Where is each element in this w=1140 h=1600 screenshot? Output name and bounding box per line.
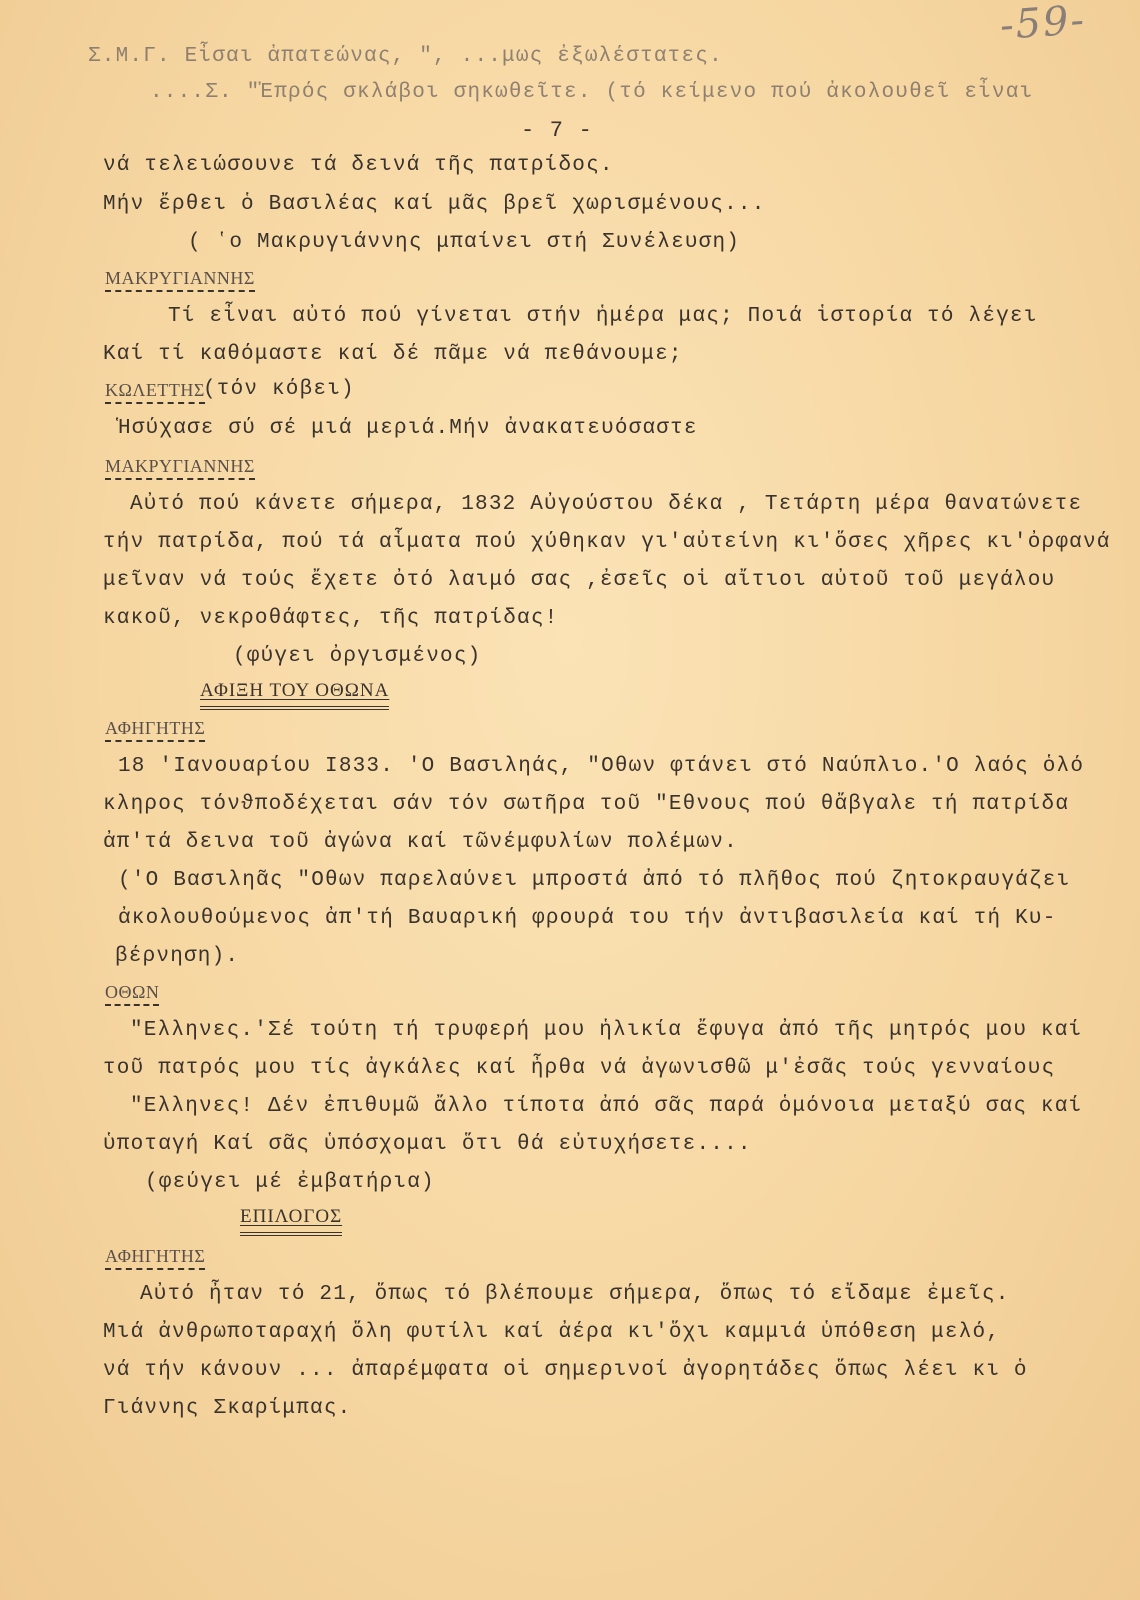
text-line: Αὐτό πού κάνετε σήμερα, 1832 Αὐγούστου δ…	[130, 492, 1082, 518]
text-line: τήν πατρίδα, πού τά αἷματα πού χύθηκαν γ…	[103, 530, 1111, 556]
text-line: Αὐτό ἦταν τό 21, ὅπως τό βλέπουμε σήμερα…	[140, 1282, 1010, 1308]
speaker-name: ΟΘΩΝ	[105, 982, 159, 1006]
stage-direction: βέρνηση).	[115, 944, 239, 970]
header-fragment-line: Σ.Μ.Γ. Εἶσαι ἀπατεώνας, ", ...μως ἐξωλέσ…	[88, 44, 723, 70]
text-line: νά τελειώσουνε τά δεινά τῆς πατρίδος.	[103, 153, 614, 179]
text-line: 18 'Ιανουαρίου Ι833. 'Ο Βασιληάς, "Οθων …	[118, 754, 1084, 780]
document-page: -59- Σ.Μ.Γ. Εἶσαι ἀπατεώνας, ", ...μως ἐ…	[0, 0, 1140, 1600]
speaker-name: ΑΦΗΓΗΤΗΣ	[105, 718, 205, 742]
stage-direction: ('Ο Βασιληᾶς "Οθων παρελαύνει μπροστά ἀπ…	[118, 868, 1070, 894]
text-line: "Ελληνες.'Σέ τούτη τή τρυφερή μου ἡλικία…	[130, 1018, 1082, 1044]
section-heading: ΑΦΙΞΗ ΤΟΥ ΟΘΩΝΑ	[200, 680, 389, 710]
handwritten-page-number: -59-	[999, 0, 1088, 49]
text-line: νά τήν κάνουν ... ἀπαρέμφατα οἱ σημερινο…	[103, 1358, 1028, 1384]
stage-direction: (τόν κόβει)	[203, 377, 355, 403]
typed-page-number: - 7 -	[521, 118, 593, 144]
text-line: Γιάννης Σκαρίμπας.	[103, 1396, 351, 1422]
stage-direction: ἀκολουθούμενος ἀπ'τή Βαυαρική φρουρά του…	[118, 906, 1057, 932]
text-line: Καί τί καθόμαστε καί δέ πᾶμε νά πεθάνουμ…	[103, 342, 683, 368]
speaker-name: ΜΑΚΡΥΓΙΑΝΝΗΣ	[105, 268, 255, 292]
text-line: Ἡσύχασε σύ σέ μιά μεριά.Μήν ἀνακατευόσασ…	[118, 416, 698, 442]
text-line: Τί εἶναι αὐτό πού γίνεται στήν ἡμέρα μας…	[168, 304, 1038, 330]
stage-direction: (φεύγει μέ ἐμβατήρια)	[145, 1170, 435, 1196]
text-line: κακοῦ, νεκροθάφτες, τῆς πατρίδας!	[103, 606, 558, 632]
text-line: κληρος τόνϑποδέχεται σάν τόν σωτῆρα τοῦ …	[103, 792, 1069, 818]
speaker-name: ΜΑΚΡΥΓΙΑΝΝΗΣ	[105, 456, 255, 480]
text-line: μεῖναν νά τούς ἔχετε ὀτό λαιμό σας ,ἐσεῖ…	[103, 568, 1055, 594]
text-line: ὑποταγή Καί σᾶς ὑπόσχομαι ὅτι θά εὐτυχήσ…	[103, 1132, 752, 1158]
section-heading: ΕΠΙΛΟΓΟΣ	[240, 1206, 342, 1236]
stage-direction: (φύγει ὀργισμένος)	[233, 644, 481, 670]
speaker-name: ΚΩΛΕΤΤΗΣ	[105, 380, 205, 404]
stage-direction: ( ʽο Μακρυγιάννης μπαίνει στή Συνέλευση)	[188, 230, 740, 256]
text-line: Μήν ἔρθει ὁ Βασιλέας καί μᾶς βρεῖ χωρισμ…	[103, 192, 766, 218]
text-line: Μιά ἀνθρωποταραχή ὅλη φυτίλι καί ἀέρα κι…	[103, 1320, 1000, 1346]
speaker-name: ΑΦΗΓΗΤΗΣ	[105, 1246, 205, 1270]
header-fragment-line: ....Σ. "Ἐπρός σκλάβοι σηκωθεῖτε. (τό κεί…	[150, 80, 1033, 106]
text-line: "Ελληνες! Δέν ἐπιθυμῶ ἄλλο τίποτα ἀπό σᾶ…	[130, 1094, 1082, 1120]
text-line: τοῦ πατρός μου τίς ἀγκάλες καί ἦρθα νά ἀ…	[103, 1056, 1055, 1082]
text-line: ἀπ'τά δεινα τοῦ ἀγώνα καί τῶνέμφυλίων πο…	[103, 830, 738, 856]
